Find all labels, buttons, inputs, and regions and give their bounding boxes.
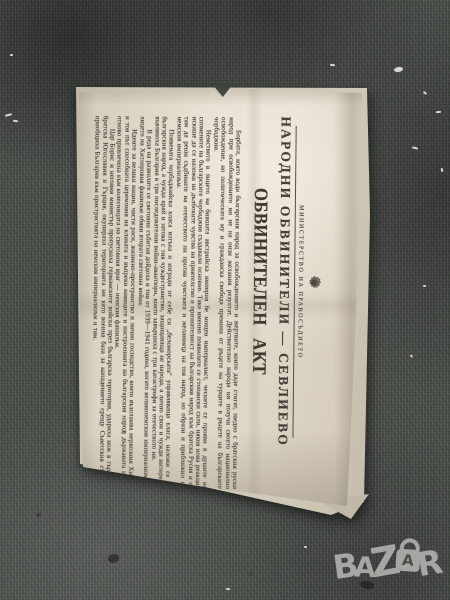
- document-body: Борбата, която води българския народ за …: [90, 116, 242, 490]
- watermark-letter: A: [401, 552, 414, 568]
- bazar-watermark: B A Z A R: [332, 543, 442, 581]
- paper-stain: [181, 348, 183, 350]
- watermark-letter: R: [415, 548, 444, 580]
- product-photo: МИНИСТЕРСТВО НА ПРАВОСЪДИЕТО НАРОДНИ ОБВ…: [0, 0, 450, 600]
- document-title: ОБВИНИТЕЛЕН АКТ: [247, 133, 272, 429]
- ministry-line: МИНИСТЕРСТВО НА ПРАВОСЪДИЕТО: [295, 114, 305, 450]
- document-content: МИНИСТЕРСТВО НА ПРАВОСЪДИЕТО НАРОДНИ ОБВ…: [70, 71, 367, 506]
- body-paragraph: Появената чорбаджийска класа изтъка и из…: [149, 116, 175, 488]
- office-line: НАРОДНИ ОБВИНИТЕЛИ — СЕВЛИЕВО: [274, 114, 294, 450]
- body-paragraph: Цар Борис и неговия министър пропуснаха …: [90, 116, 116, 488]
- paper-stain: [123, 431, 126, 434]
- body-paragraph: Немството в лицето на бившата австрийска…: [171, 117, 212, 489]
- document-header: МИНИСТЕРСТВО НА ПРАВОСЪДИЕТО НАРОДНИ ОБВ…: [246, 113, 323, 450]
- body-paragraph: Борбата, която води българския народ за …: [208, 117, 242, 489]
- state-coat-of-arms-icon: [306, 275, 321, 288]
